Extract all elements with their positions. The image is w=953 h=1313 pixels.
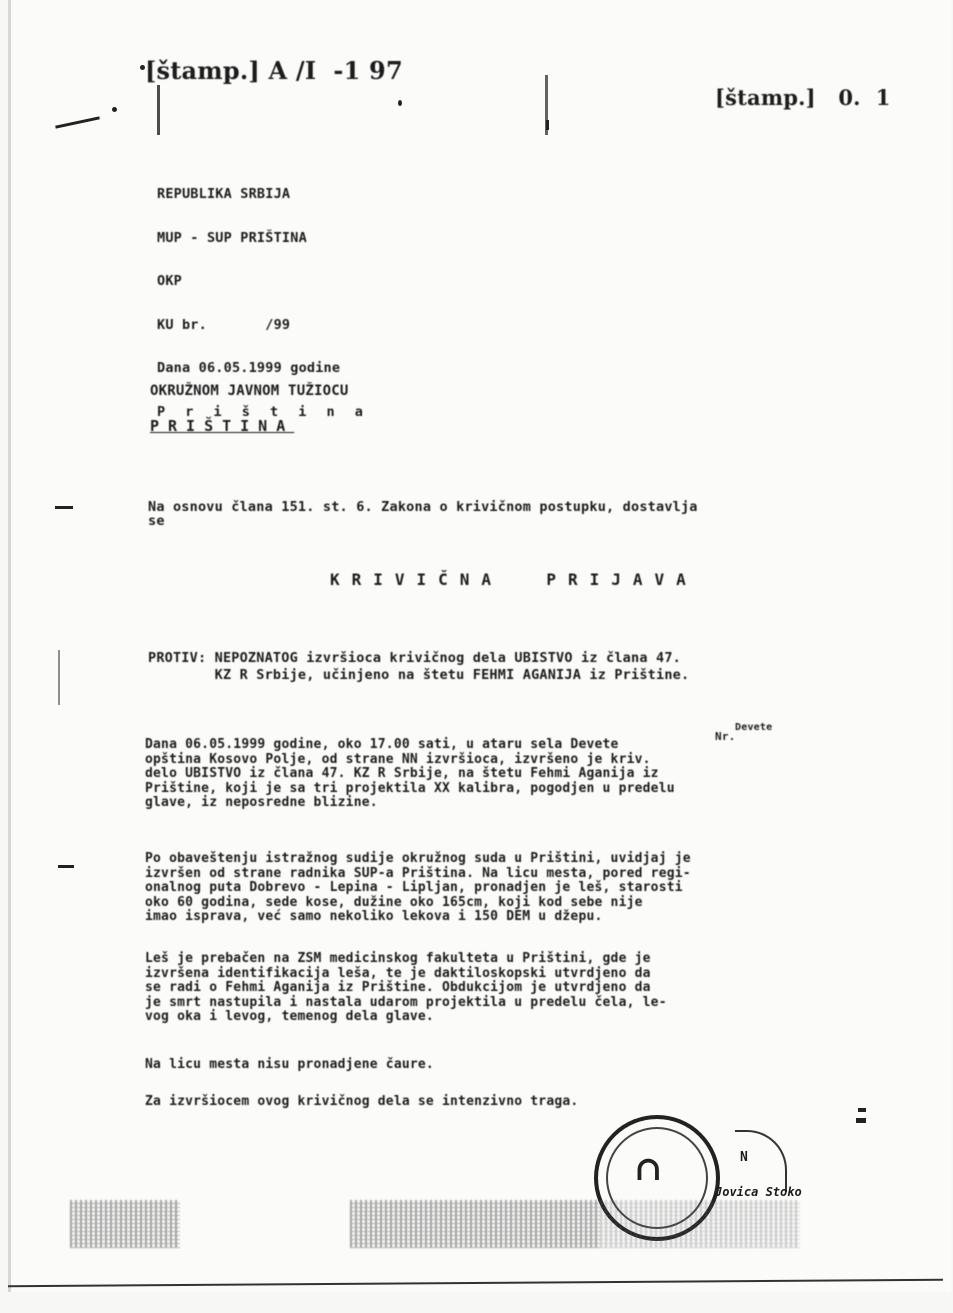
intro-text: Na osnovu člana 151. st. 6. Zakona o kri…	[148, 500, 698, 528]
document-stamp-code: [štamp.] A /I -1 97	[145, 56, 403, 85]
margin-line	[157, 85, 160, 135]
issuer-line: REPUBLIKA SRBIJA	[157, 187, 369, 202]
margin-dot	[112, 107, 117, 112]
document-title: KRIVIČNA PRIJAVA	[330, 570, 698, 589]
margin-mark	[858, 1108, 866, 1112]
margin-line	[546, 120, 549, 130]
margin-note: Nr.	[715, 730, 735, 743]
addressee-city: PRIŠTINA	[150, 417, 294, 435]
addressee: OKRUŽNOM JAVNOM TUŽIOCU	[150, 383, 348, 399]
issuer-line: MUP - SUP PRIŠTINA	[157, 231, 369, 246]
margin-line	[58, 650, 60, 705]
against-clause: PROTIV: NEPOZNATOG izvršioca krivičnog d…	[148, 650, 689, 683]
scan-noise	[600, 1200, 800, 1248]
paragraph: Na licu mesta nisu pronadjene čaure.	[145, 1058, 434, 1073]
issuer-line: KU br. /99	[157, 318, 369, 333]
margin-dot	[398, 100, 402, 106]
margin-dash	[55, 506, 73, 509]
paragraph: Po obaveštenju istražnog sudije okružnog…	[145, 852, 691, 925]
margin-dash	[58, 865, 74, 868]
margin-mark	[856, 1118, 866, 1123]
issuer-line: Dana 06.05.1999 godine	[157, 361, 369, 376]
seal-emblem-icon: ∩	[634, 1149, 663, 1189]
issuer-line: OKP	[157, 274, 369, 289]
paragraph: Dana 06.05.1999 godine, oko 17.00 sati, …	[145, 738, 675, 811]
paragraph: Leš je prebačen na ZSM medicinskog fakul…	[145, 952, 667, 1025]
signature-name: Jovica Stoko	[715, 1185, 802, 1199]
scan-noise	[350, 1200, 600, 1248]
scan-noise	[70, 1200, 180, 1248]
margin-correction: Devete	[735, 722, 772, 733]
signature-letter: N	[740, 1150, 748, 1165]
paragraph: Za izvršiocem ovog krivičnog dela se int…	[145, 1095, 578, 1110]
document-page-code: [štamp.] 0. 1	[715, 85, 891, 110]
